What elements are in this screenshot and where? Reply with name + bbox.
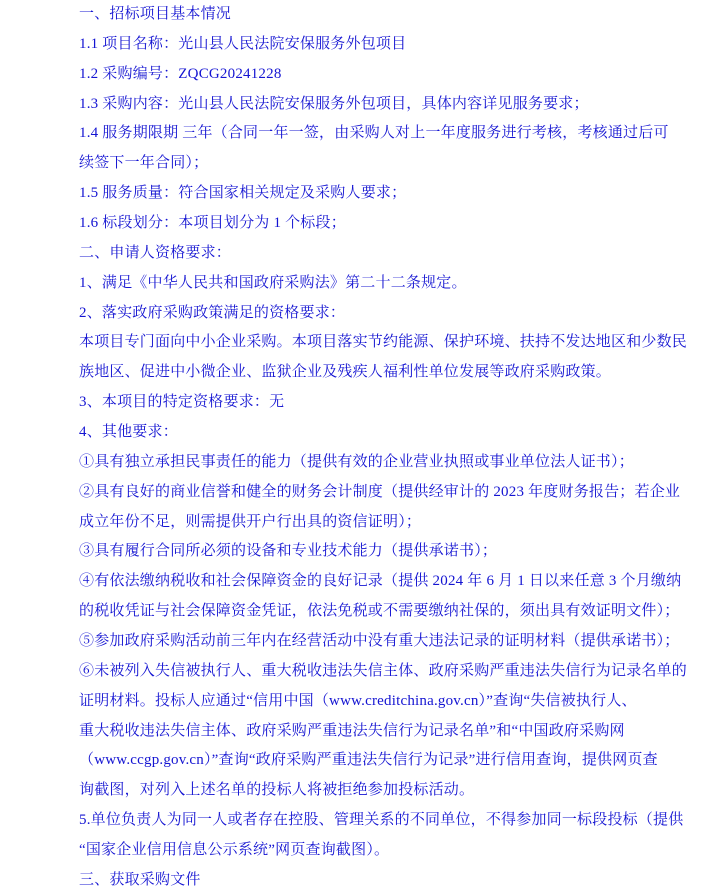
document-line: ④有依法缴纳税收和社会保障资金的良好记录（提供 2024 年 6 月 1 日以来… xyxy=(79,567,688,597)
section-heading: 三、获取采购文件 xyxy=(79,866,688,896)
document-line: ②具有良好的商业信誉和健全的财务会计制度（提供经审计的 2023 年度财务报告；… xyxy=(79,478,688,508)
document-line: ⑥未被列入失信被执行人、重大税收违法失信主体、政府采购严重违法失信行为记录名单的 xyxy=(79,657,688,687)
document-line: 4、其他要求： xyxy=(79,418,688,448)
document-line: 成立年份不足，则需提供开户行出具的资信证明）； xyxy=(79,508,688,538)
section-heading: 一、招标项目基本情况 xyxy=(79,0,688,30)
document-line: 1.3 采购内容：光山县人民法院安保服务外包项目，具体内容详见服务要求； xyxy=(79,90,688,120)
document-line: “国家企业信用信息公示系统”网页查询截图）。 xyxy=(79,836,688,866)
document-line: ①具有独立承担民事责任的能力（提供有效的企业营业执照或事业单位法人证书）； xyxy=(79,448,688,478)
document-line: 2、落实政府采购政策满足的资格要求： xyxy=(79,299,688,329)
document-body: 一、招标项目基本情况1.1 项目名称：光山县人民法院安保服务外包项目1.2 采购… xyxy=(0,0,704,896)
document-line: ⑤参加政府采购活动前三年内在经营活动中没有重大违法记录的证明材料（提供承诺书）； xyxy=(79,627,688,657)
document-line: 本项目专门面向中小企业采购。本项目落实节约能源、保护环境、扶持不发达地区和少数民 xyxy=(79,328,688,358)
document-line: （www.ccgp.gov.cn）”查询“政府采购严重违法失信行为记录”进行信用… xyxy=(79,746,688,776)
document-line: 1.1 项目名称：光山县人民法院安保服务外包项目 xyxy=(79,30,688,60)
section-heading: 二、申请人资格要求： xyxy=(79,239,688,269)
document-line: 1.6 标段划分：本项目划分为 1 个标段； xyxy=(79,209,688,239)
document-line: 1、满足《中华人民共和国政府采购法》第二十二条规定。 xyxy=(79,269,688,299)
document-line: 1.4 服务期限期 三年（合同一年一签，由采购人对上一年度服务进行考核，考核通过… xyxy=(79,119,688,149)
document-line: 证明材料。投标人应通过“信用中国（www.creditchina.gov.cn）… xyxy=(79,687,688,717)
document-line: 续签下一年合同）； xyxy=(79,149,688,179)
document-line: 的税收凭证与社会保障资金凭证，依法免税或不需要缴纳社保的，须出具有效证明文件）； xyxy=(79,597,688,627)
document-line: 1.2 采购编号：ZQCG20241228 xyxy=(79,60,688,90)
document-line: 族地区、促进中小微企业、监狱企业及残疾人福利性单位发展等政府采购政策。 xyxy=(79,358,688,388)
document-line: 3、本项目的特定资格要求：无 xyxy=(79,388,688,418)
document-line: 重大税收违法失信主体、政府采购严重违法失信行为记录名单”和“中国政府采购网 xyxy=(79,717,688,747)
document-line: 5.单位负责人为同一人或者存在控股、管理关系的不同单位，不得参加同一标段投标（提… xyxy=(79,806,688,836)
document-line: ③具有履行合同所必须的设备和专业技术能力（提供承诺书）； xyxy=(79,537,688,567)
document-line: 1.5 服务质量：符合国家相关规定及采购人要求； xyxy=(79,179,688,209)
document-line: 询截图，对列入上述名单的投标人将被拒绝参加投标活动。 xyxy=(79,776,688,806)
